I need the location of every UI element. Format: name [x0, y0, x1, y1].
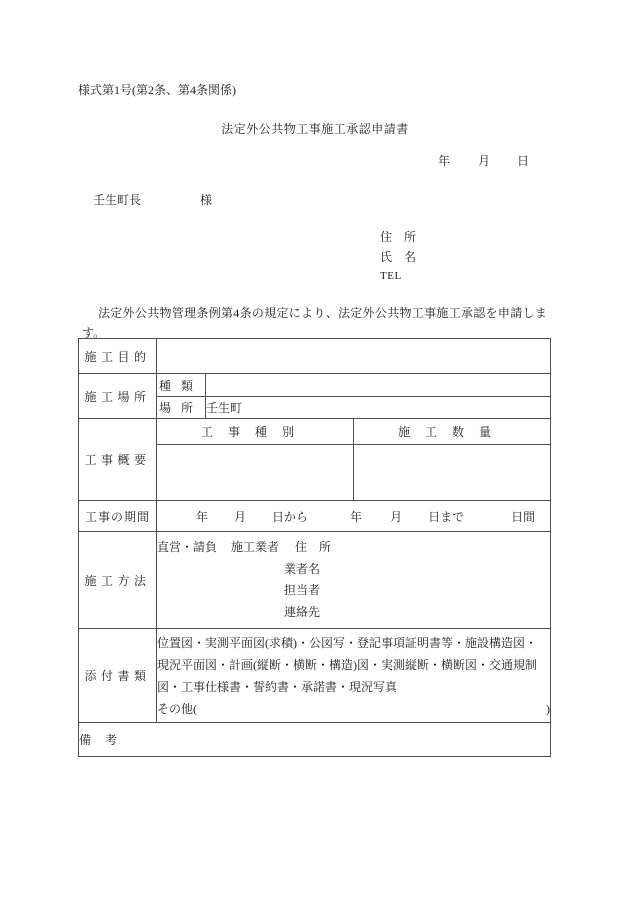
- table-row-purpose: 施工目的: [79, 339, 551, 374]
- method-company-label: 業者名: [284, 559, 550, 581]
- method-contractor-label: 施工業者: [231, 540, 279, 554]
- period-day-from-label: 日から: [272, 508, 308, 525]
- period-days-count-label: 日間: [511, 508, 535, 525]
- location-type-label: 種類: [157, 374, 206, 397]
- method-value-cell: 直営・請負 施工業者 住 所 業者名 担当者 連絡先: [157, 532, 551, 629]
- attachments-line3: 図・工事仕様書・誓約書・承諾書・現況写真: [157, 676, 550, 698]
- table-row-method: 施工方法 直営・請負 施工業者 住 所 業者名 担当者 連絡先: [79, 532, 551, 629]
- location-place-value-cell: 壬生町: [206, 397, 551, 419]
- purpose-value-cell: [157, 339, 551, 374]
- location-place-label: 場所: [157, 397, 206, 419]
- addressee-name: 壬生町長: [93, 193, 141, 207]
- attachments-other-close: ): [546, 698, 550, 720]
- form-number: 様式第1号(第2条、第4条関係): [78, 81, 236, 98]
- table-row-period: 工事の期間 年 月 日から 年 月 日まで 日間: [79, 501, 551, 532]
- applicant-address-label: 住 所: [380, 228, 416, 248]
- application-statement-line1: 法定外公共物管理条例第4条の規定により、法定外公共物工事施工承認を申請しま: [98, 304, 547, 321]
- date-line: 年 月 日: [438, 152, 529, 169]
- remarks-label: 備考: [79, 723, 551, 757]
- overview-type-value-cell: [157, 445, 354, 501]
- method-contact-label: 連絡先: [284, 602, 550, 624]
- location-label: 施工場所: [79, 374, 157, 419]
- overview-quantity-header: 施工数量: [354, 419, 551, 445]
- applicant-name-label: 氏 名: [380, 248, 416, 268]
- date-year-label: 年: [438, 154, 450, 168]
- applicant-block: 住 所 氏 名 TEL: [380, 228, 416, 287]
- table-row-location-type: 施工場所 種類: [79, 374, 551, 397]
- period-year-to-label: 年: [350, 508, 362, 525]
- attachments-other-line: その他( ): [157, 698, 550, 720]
- attachments-other-open: その他(: [157, 698, 197, 720]
- overview-quantity-value-cell: [354, 445, 551, 501]
- location-type-value-cell: [206, 374, 551, 397]
- attachments-line2: 現況平面図・計画(縦断・横断・構造)図・実測縦断・横断図・交通規制: [157, 654, 550, 676]
- date-month-label: 月: [478, 154, 490, 168]
- method-address-label: 住 所: [295, 540, 331, 554]
- period-month-from-label: 月: [234, 508, 246, 525]
- method-line1: 直営・請負 施工業者 住 所: [157, 537, 550, 559]
- period-year-from-label: 年: [196, 508, 208, 525]
- period-label: 工事の期間: [79, 501, 157, 532]
- table-row-overview-header: 工事概要 工事種別 施工数量: [79, 419, 551, 445]
- page-title: 法定外公共物工事施工承認申請書: [0, 120, 630, 137]
- applicant-tel-label: TEL: [380, 267, 416, 287]
- method-person-label: 担当者: [284, 580, 550, 602]
- table-row-remarks: 備考: [79, 723, 551, 757]
- table-row-attachments: 添付書類 位置図・実測平面図(求積)・公図写・登記事項証明書等・施設構造図・ 現…: [79, 629, 551, 723]
- addressee-line: 壬生町長 様: [93, 191, 212, 208]
- attachments-label: 添付書類: [79, 629, 157, 723]
- overview-type-header: 工事種別: [157, 419, 354, 445]
- period-day-to-label: 日まで: [428, 508, 464, 525]
- period-month-to-label: 月: [390, 508, 402, 525]
- overview-label: 工事概要: [79, 419, 157, 501]
- document-page: 様式第1号(第2条、第4条関係) 法定外公共物工事施工承認申請書 年 月 日 壬…: [0, 0, 630, 903]
- date-day-label: 日: [517, 154, 529, 168]
- method-label: 施工方法: [79, 532, 157, 629]
- purpose-label: 施工目的: [79, 339, 157, 374]
- attachments-line1: 位置図・実測平面図(求積)・公図写・登記事項証明書等・施設構造図・: [157, 632, 550, 654]
- attachments-value-cell: 位置図・実測平面図(求積)・公図写・登記事項証明書等・施設構造図・ 現況平面図・…: [157, 629, 551, 723]
- period-value-cell: 年 月 日から 年 月 日まで 日間: [157, 501, 551, 532]
- application-form-table: 施工目的 施工場所 種類 場所 壬生町 工事概要 工事種別 施工数量: [78, 338, 551, 757]
- addressee-honorific: 様: [200, 193, 212, 207]
- method-mode-label: 直営・請負: [157, 540, 217, 554]
